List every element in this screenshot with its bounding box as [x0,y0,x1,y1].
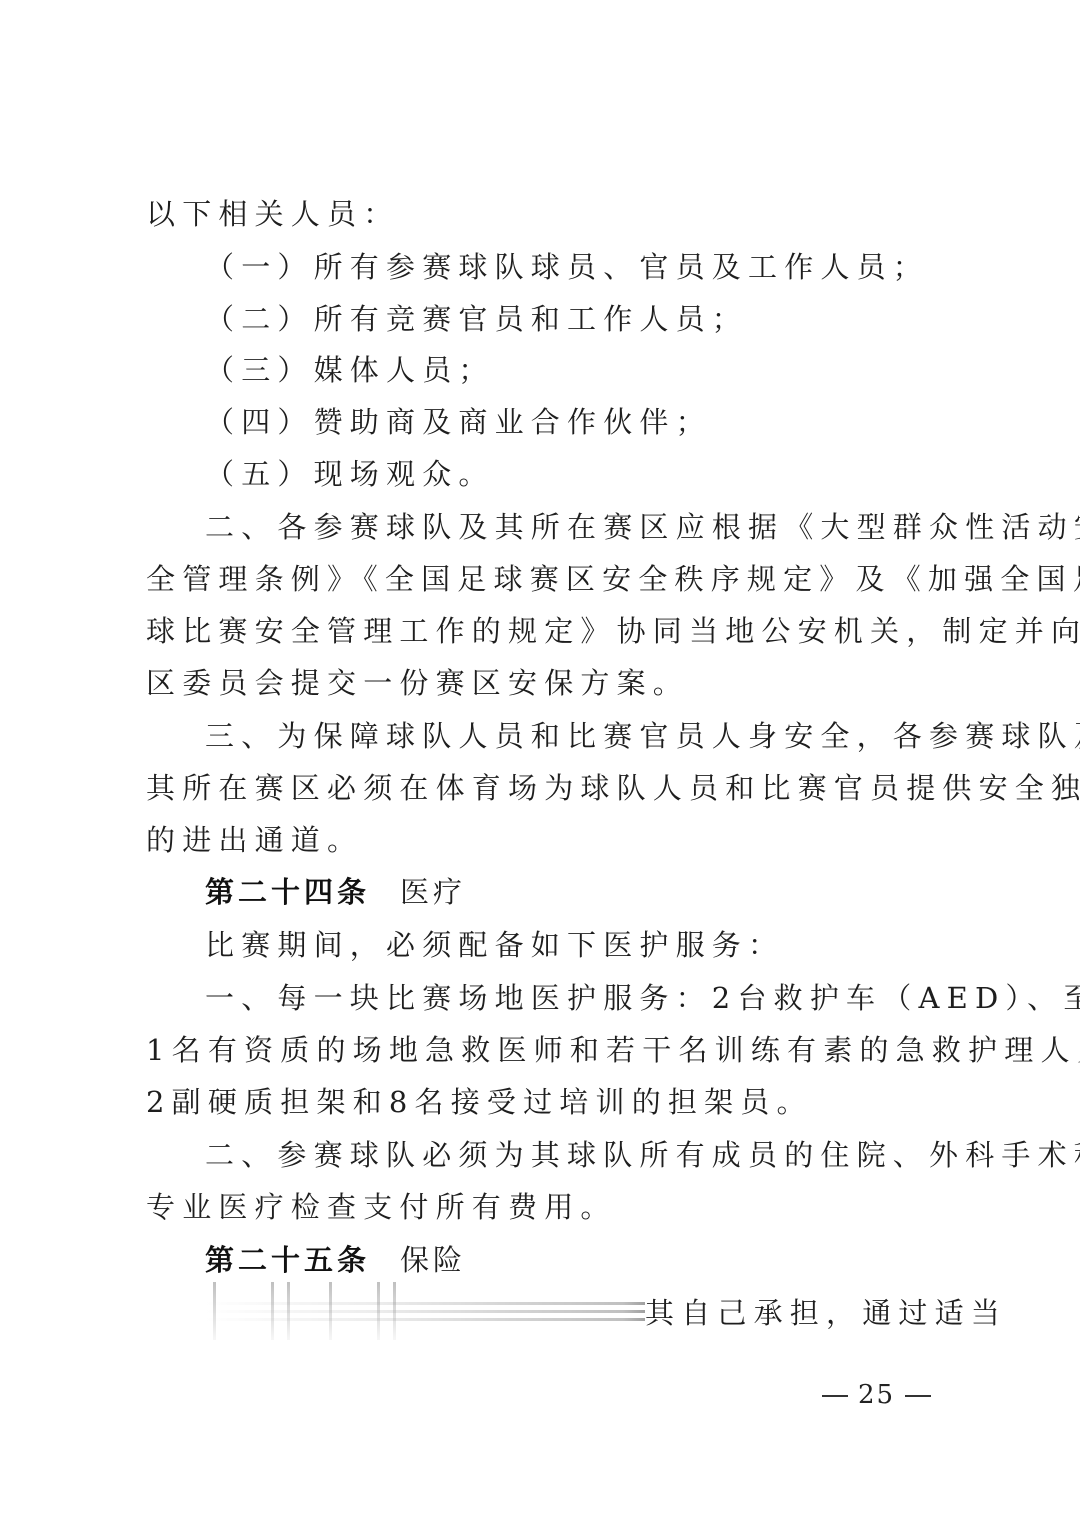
article-24-intro: 比赛期间，必须配备如下医护服务： [205,927,784,963]
article-25-title: 保险 [400,1243,466,1277]
clause-2-line-4: 区委员会提交一份赛区安保方案。 [146,665,689,701]
smeared-text-region [205,1282,645,1342]
dash-right [905,1395,931,1397]
clause-2-line-1: 二、各参赛球队及其所在赛区应根据《大型群众性活动安 [205,509,1080,545]
article-24-item-1-line-2: 1名有资质的场地急救医师和若干名训练有素的急救护理人员、 [146,1032,1080,1068]
article-24-item-2-line-1: 二、参赛球队必须为其球队所有成员的住院、外科手术和 [205,1137,1080,1173]
clause-3-line-2: 其所在赛区必须在体育场为球队人员和比赛官员提供安全独立 [146,770,1080,806]
personnel-item-4: （四）赞助商及商业合作伙伴； [205,404,712,440]
personnel-item-1: （一）所有参赛球队球员、官员及工作人员； [205,249,929,285]
personnel-item-3: （三）媒体人员； [205,352,495,388]
clause-3-line-3: 的进出通道。 [146,822,363,858]
article-24-heading: 第二十四条医疗 [205,874,466,910]
page-number-value: 25 [858,1380,895,1410]
article-24-title: 医疗 [400,875,466,909]
article-25-partial-line: 其自己承担，通过适当 [645,1295,1007,1331]
clause-3-line-1: 三、为保障球队人员和比赛官员人身安全，各参赛球队及 [205,718,1080,754]
article-25-number: 第二十五条 [205,1243,370,1277]
article-25-heading: 第二十五条保险 [205,1242,466,1278]
article-24-number: 第二十四条 [205,875,370,909]
page-number: 25 [812,1380,941,1410]
article-24-item-1-line-3: 2副硬质担架和8名接受过培训的担架员。 [146,1084,813,1120]
dash-left [822,1395,848,1397]
document-page: 以下相关人员： （一）所有参赛球队球员、官员及工作人员； （二）所有竞赛官员和工… [0,0,1080,1527]
personnel-item-2: （二）所有竞赛官员和工作人员； [205,301,748,337]
article-24-item-2-line-2: 专业医疗检查支付所有费用。 [146,1189,617,1225]
clause-2-line-3: 球比赛安全管理工作的规定》协同当地公安机关，制定并向赛 [146,613,1080,649]
article-24-item-1-line-1: 一、每一块比赛场地医护服务：2台救护车（AED）、至少 [205,980,1080,1016]
personnel-item-5: （五）现场观众。 [205,456,495,492]
clause-2-line-2: 全管理条例》《全国足球赛区安全秩序规定》及《加强全国足 [146,561,1080,597]
intro-line: 以下相关人员： [146,196,399,232]
